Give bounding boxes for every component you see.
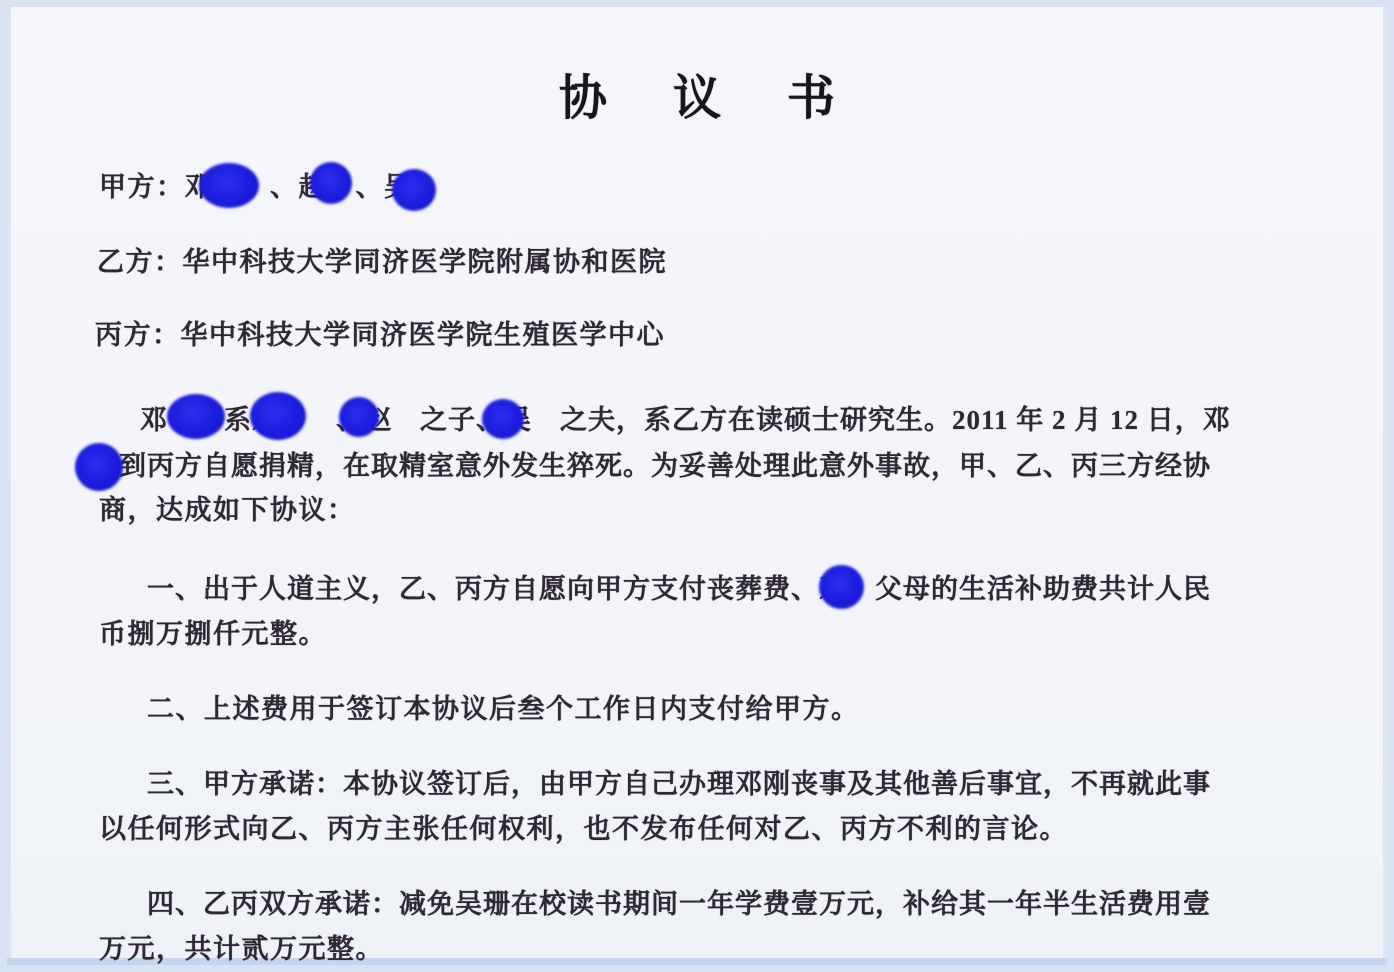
clause-4-line-1: 四、乙丙双方承诺：减免吴珊在校读书期间一年学费壹万元，补给其一年半生活费用壹 xyxy=(147,882,1211,921)
clause-3-line-2: 以任何形式向乙、丙方主张任何权利，也不发布任何对乙、丙方不利的言论。 xyxy=(99,807,1068,846)
party-c-line: 丙方：华中科技大学同济医学院生殖医学中心 xyxy=(95,313,665,352)
clause-1-line-1: 一、出于人道主义，乙、丙方自愿向甲方支付丧葬费、邓 父母的生活补助费共计人民 xyxy=(147,567,1211,606)
redaction-dot xyxy=(310,162,352,204)
party-b-line: 乙方：华中科技大学同济医学院附属协和医院 xyxy=(97,240,667,279)
redaction-dot xyxy=(392,169,436,211)
preamble-line-3: 商，达成如下协议： xyxy=(99,488,356,527)
party-a-line: 甲方：邓 、赵 、吴 xyxy=(99,165,441,204)
redaction-dot xyxy=(819,565,864,609)
redaction-dot xyxy=(167,394,225,439)
redaction-dot xyxy=(75,443,123,491)
redaction-dot xyxy=(199,163,259,208)
clause-3-line-1: 三、甲方承诺：本协议签订后，由甲方自己办理邓刚丧事及其他善后事宜，不再就此事 xyxy=(147,762,1211,801)
preamble-line-2: 到丙方自愿捐精，在取精室意外发生猝死。为妥善处理此意外事故，甲、乙、丙三方经协 xyxy=(119,444,1211,483)
redaction-dot xyxy=(339,397,379,437)
clause-2-line: 二、上述费用于签订本协议后叁个工作日内支付给甲方。 xyxy=(147,687,860,726)
page-title: 协议书 xyxy=(7,59,1387,128)
clause-4-line-2: 万元，共计贰万元整。 xyxy=(99,927,384,966)
document-page: 协议书 甲方：邓 、赵 、吴 乙方：华中科技大学同济医学院附属协和医院 丙方：华… xyxy=(0,0,1394,972)
redaction-dot xyxy=(250,392,306,440)
clause-1-line-2: 币捌万捌仟元整。 xyxy=(99,612,327,651)
redaction-dot xyxy=(482,399,524,439)
